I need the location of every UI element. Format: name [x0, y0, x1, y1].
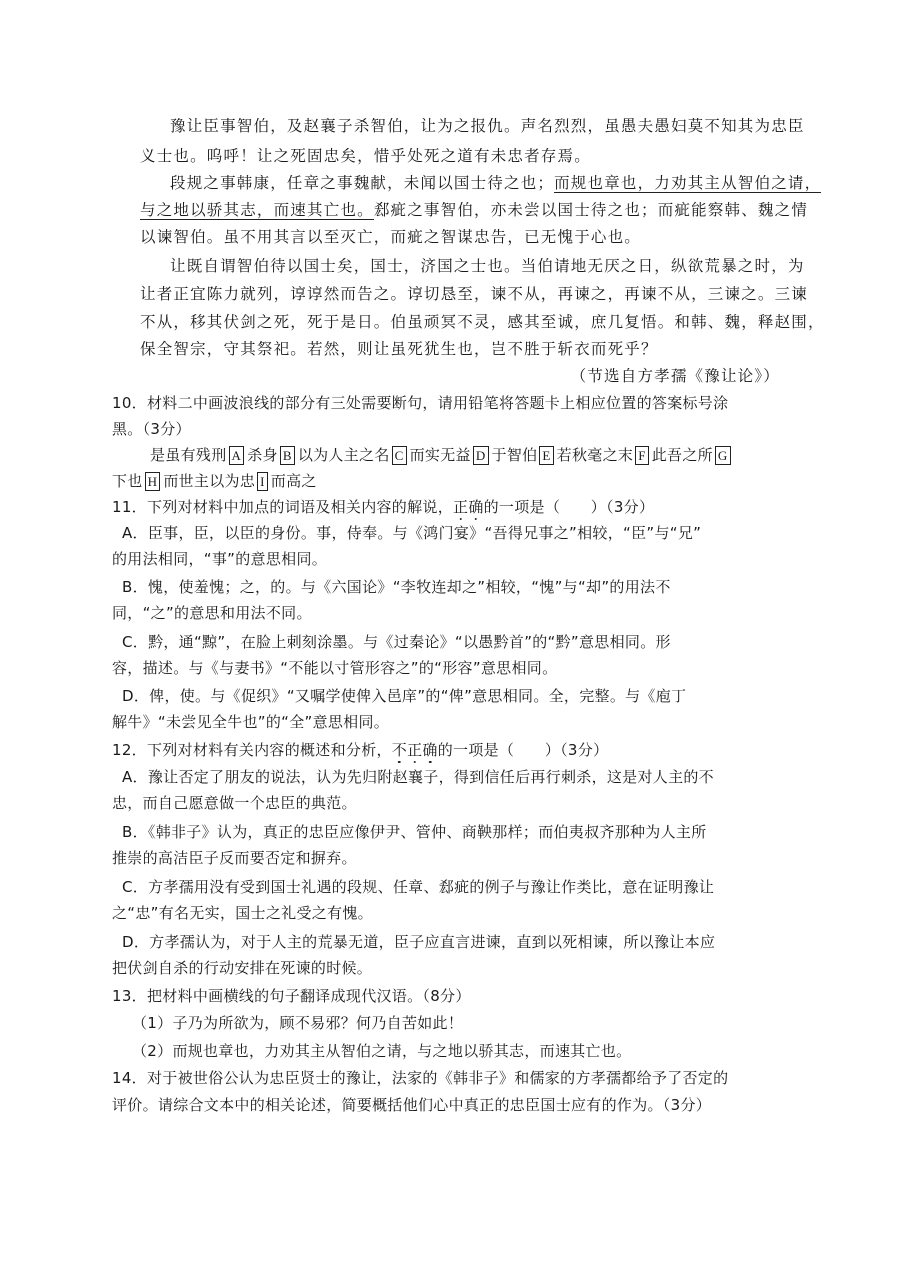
passage-p2-line3: 以谏智伯。虽不用其言以至灭亡，而疵之智谋忠告，已无愧于心也。 — [140, 227, 780, 247]
segment: 以为人主之名 — [298, 446, 390, 464]
q11-option-b-line1: B．愧，使羞愧；之，的。与《六国论》“李牧连却之”相较，“愧”与“却”的用法不 — [122, 577, 762, 597]
segment: 下也 — [112, 472, 143, 490]
passage-p1-line2: 义士也。呜呼！让之死固忠矣，惜乎处死之道有未忠者存焉。 — [140, 146, 780, 166]
stem-text: 12．下列对材料有关内容的概述和分析， — [112, 741, 392, 759]
segment: 而高之 — [271, 472, 317, 490]
q12-option-b-line2: 推崇的高洁臣子反而要否定和摒弃。 — [112, 848, 752, 868]
emphasis-char: 正 — [453, 498, 468, 516]
q13-sentence-1: （1）子乃为所欲为，顾不易邪？何乃自苦如此！ — [132, 1013, 772, 1033]
option-box-e[interactable]: E — [539, 446, 553, 465]
q11-option-b-line2: 同，“之”的意思和用法不同。 — [112, 603, 752, 623]
q11-option-a-line2: 的用法相同，“事”的意思相同。 — [112, 549, 752, 569]
passage-p2-line2: 与之地以骄其志，而速其亡也。郄疵之事智伯，亦未尝以国士待之也；而疵能察韩、魏之情 — [140, 200, 780, 220]
q11-option-c-line2: 容，描述。与《与妻书》“不能以寸管形容之”的“形容”意思相同。 — [112, 658, 752, 678]
q13-sentence-2: （2）而规也章也，力劝其主从智伯之请，与之地以骄其志，而速其亡也。 — [132, 1041, 772, 1061]
passage-p3-line2: 让者正宜陈力就列，谆谆然而告之。谆切恳至，谏不从，再谏之，再谏不从，三谏之。三谏 — [140, 284, 780, 304]
passage-p1-line1: 豫让臣事智伯，及赵襄子杀智伯，让为之报仇。声名烈烈，虽愚夫愚妇莫不知其为忠臣 — [170, 116, 810, 136]
option-box-a[interactable]: A — [229, 446, 245, 465]
segment: 而实无益 — [410, 446, 471, 464]
emphasis-char: 确 — [468, 498, 483, 516]
segment: 于智伯 — [492, 446, 538, 464]
passage-p3-line1: 让既自谓智伯待以国士矣，国士，济国之士也。当伯请地无厌之日，纵欲荒暴之时，为 — [170, 256, 810, 276]
q12-stem: 12．下列对材料有关内容的概述和分析，不正确的一项是（ ）（3分） — [112, 740, 752, 760]
q10-sentence-line2: 下也H而世主以为忠I而高之 — [112, 471, 752, 491]
q11-option-c-line1: C．黔，通“黥”，在脸上刺刻涂墨。与《过秦论》“以愚黔首”的“黔”意思相同。形 — [122, 632, 762, 652]
stem-text: 11．下列对材料中加点的词语及相关内容的解说， — [112, 498, 453, 516]
option-box-c[interactable]: C — [392, 446, 407, 465]
segment: 杀身 — [247, 446, 278, 464]
q14-stem-line1: 14．对于被世俗公认为忠臣贤士的豫让，法家的《韩非子》和儒家的方孝孺都给予了否定… — [112, 1068, 752, 1088]
segment: 是虽有残刑 — [150, 446, 227, 464]
option-box-f[interactable]: F — [635, 446, 649, 465]
option-box-d[interactable]: D — [473, 446, 489, 465]
stem-text: 的一项是（ ）（3分） — [438, 741, 609, 759]
q10-stem-line2: 黑。（3分） — [112, 419, 752, 439]
q11-stem: 11．下列对材料中加点的词语及相关内容的解说，正确的一项是（ ）（3分） — [112, 497, 752, 517]
underlined-sentence: 而规也章也，力劝其主从智伯之请， — [554, 174, 821, 193]
q11-option-a-line1: A．臣事，臣，以臣的身份。事，侍奉。与《鸿门宴》“吾得兄事之”相较，“臣”与“兄… — [122, 523, 762, 543]
q12-option-c-line1: C．方孝孺用没有受到国士礼遇的段规、任章、郄疵的例子与豫让作类比，意在证明豫让 — [122, 877, 762, 897]
passage-p2-line1: 段规之事韩康，任章之事魏献，未闻以国士待之也；而规也章也，力劝其主从智伯之请， — [170, 173, 810, 193]
q10-stem-line1: 10．材料二中画波浪线的部分有三处需要断句，请用铅笔将答题卡上相应位置的答案标号… — [112, 393, 752, 413]
q11-option-d-line1: D．俾，使。与《促织》“又嘱学使俾入邑庠”的“俾”意思相同。全，完整。与《庖丁 — [122, 686, 762, 706]
q10-sentence-line1: 是虽有残刑A杀身B以为人主之名C而实无益D于智伯E若秋毫之末F此吾之所G — [150, 445, 790, 465]
q12-option-a-line2: 忠，而自己愿意做一个忠臣的典范。 — [112, 793, 752, 813]
segment: 若秋毫之末 — [557, 446, 634, 464]
passage-source: （节选自方孝孺《豫让论》） — [140, 366, 780, 386]
passage-p3-line3: 不从，移其伏剑之死，死于是日。伯虽顽冥不灵，感其至诚，庶几复悟。和韩、魏，释赵围… — [140, 312, 780, 332]
exam-page: 豫让臣事智伯，及赵襄子杀智伯，让为之报仇。声名烈烈，虽愚夫愚妇莫不知其为忠臣 义… — [0, 0, 900, 1273]
underlined-sentence-cont: 与之地以骄其志，而速其亡也。 — [140, 201, 374, 220]
q12-option-d-line1: D．方孝孺认为，对于人主的荒暴无道，臣子应直言进谏，直到以死相谏，所以豫让本应 — [122, 932, 762, 952]
emphasis-char: 正 — [407, 741, 422, 759]
q12-option-c-line2: 之“忠”有名无实，国士之礼受之有愧。 — [112, 903, 752, 923]
q12-option-a-line1: A．豫让否定了朋友的说法，认为先归附赵襄子，得到信任后再行刺杀，这是对人主的不 — [122, 767, 762, 787]
stem-text: 的一项是（ ）（3分） — [484, 498, 655, 516]
q11-option-d-line2: 解牛》“未尝见全牛也”的“全”意思相同。 — [112, 712, 752, 732]
passage-p2-text: 段规之事韩康，任章之事魏献，未闻以国士待之也； — [170, 174, 554, 192]
q12-option-d-line2: 把伏剑自杀的行动安排在死谏的时候。 — [112, 958, 752, 978]
option-box-g[interactable]: G — [715, 446, 731, 465]
passage-p3-line4: 保全智宗，守其祭祀。若然，则让虽死犹生也，岂不胜于斩衣而死乎？ — [140, 339, 780, 359]
option-box-i[interactable]: I — [257, 472, 268, 491]
q14-stem-line2: 评价。请综合文本中的相关论述，简要概括他们心中真正的忠臣国士应有的作为。（3分） — [112, 1095, 752, 1115]
option-box-b[interactable]: B — [280, 446, 295, 465]
emphasis-char: 不 — [392, 741, 407, 759]
segment: 而世主以为忠 — [163, 472, 255, 490]
emphasis-char: 确 — [422, 741, 437, 759]
segment: 此吾之所 — [652, 446, 713, 464]
passage-p2-text: 郄疵之事智伯，亦未尝以国士待之也；而疵能察韩、魏之情 — [374, 201, 808, 219]
q12-option-b-line1: B．《韩非子》认为，真正的忠臣应像伊尹、管仲、商鞅那样；而伯夷叔齐那种为人主所 — [122, 822, 762, 842]
q13-stem: 13．把材料中画横线的句子翻译成现代汉语。（8分） — [112, 986, 752, 1006]
option-box-h[interactable]: H — [145, 472, 161, 491]
